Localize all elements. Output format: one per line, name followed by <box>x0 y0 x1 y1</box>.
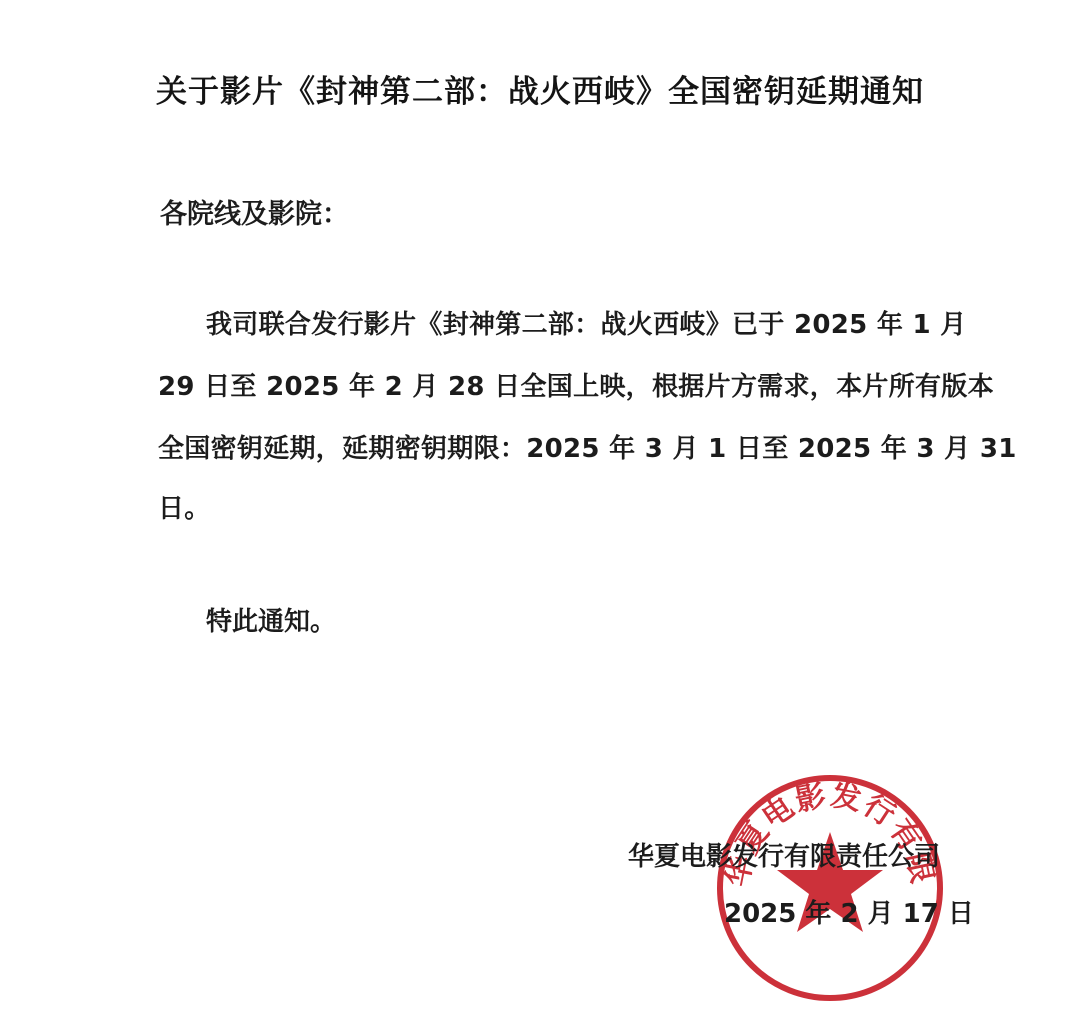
notice-document: 关于影片《封神第二部：战火西岐》全国密钥延期通知 各院线及影院： 我司联合发行影… <box>0 0 1080 1027</box>
body-line-1: 我司联合发行影片《封神第二部：战火西岐》已于 2025 年 1 月 <box>206 304 967 341</box>
document-title: 关于影片《封神第二部：战火西岐》全国密钥延期通知 <box>0 66 1080 111</box>
closing-remark: 特此通知。 <box>206 601 336 638</box>
body-line-3: 全国密钥延期，延期密钥期限：2025 年 3 月 1 日至 2025 年 3 月… <box>158 428 1017 465</box>
issue-date: 2025 年 2 月 17 日 <box>724 893 974 930</box>
salutation: 各院线及影院： <box>160 192 349 231</box>
official-seal-icon: 华夏电影发行有限责任公司 <box>712 770 948 1006</box>
body-line-2: 29 日至 2025 年 2 月 28 日全国上映，根据片方需求，本片所有版本 <box>158 366 994 403</box>
body-line-4: 日。 <box>158 488 211 525</box>
issuer-name: 华夏电影发行有限责任公司 <box>628 836 940 873</box>
